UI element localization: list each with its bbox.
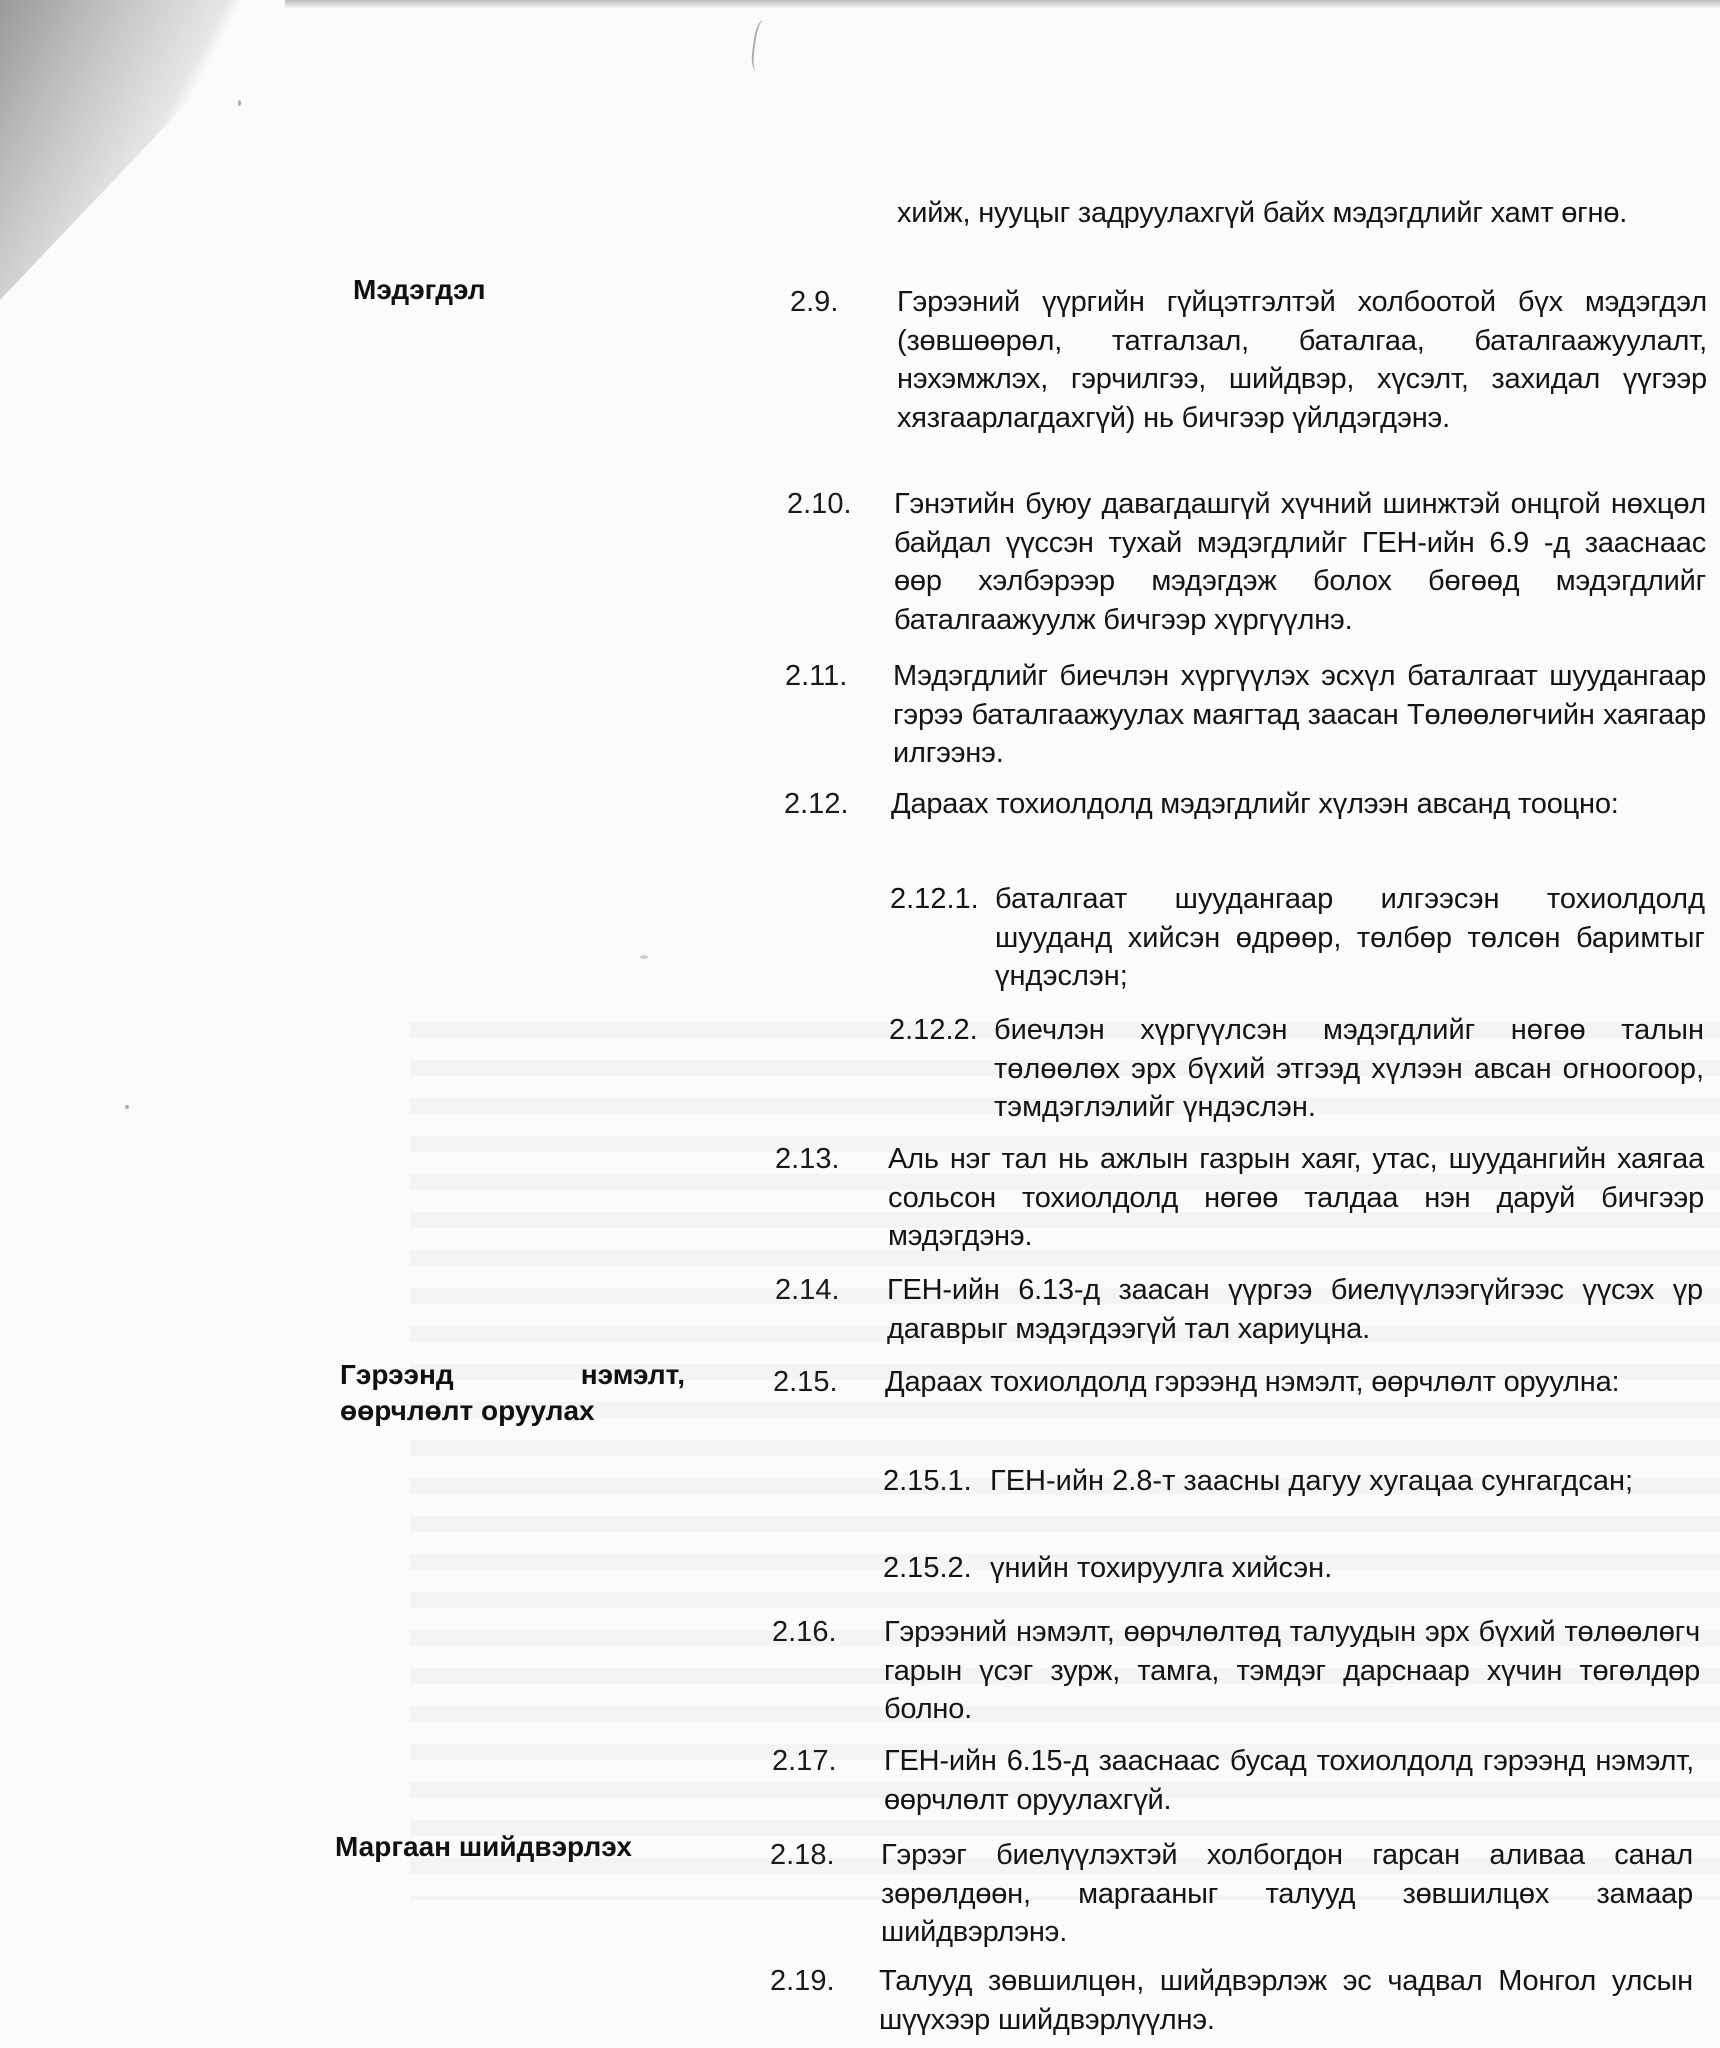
clause-text: Аль нэг тал нь ажлын газрын хаяг, утас, … [888, 1140, 1704, 1256]
subclause-text: үнийн тохируулга хийсэн. [990, 1549, 1701, 1588]
subclause-number: 2.12.2. [889, 1011, 978, 1050]
continuation-paragraph: хийж, нууцыг задруулахгүй байх мэдэгдлий… [897, 194, 1707, 233]
clause-number: 2.16. [772, 1613, 837, 1651]
clause-number: 2.15. [773, 1363, 838, 1401]
clause-text: Гэрээний үүргийн гүйцэтгэлтэй холбоотой … [897, 283, 1707, 437]
clause-text: Гэрээг биелүүлэхтэй холбогдон гарсан али… [881, 1836, 1693, 1952]
clause-text: Гэнэтийн буюу давагдашгүй хүчний шинжтэй… [894, 485, 1706, 639]
clause-text: Дараах тохиолдолд мэдэгдлийг хүлээн авса… [891, 785, 1705, 824]
clause-number: 2.19. [770, 1962, 835, 2000]
subclause-text: баталгаат шуудангаар илгээсэн тохиолдолд… [995, 880, 1705, 996]
subclause-number: 2.12.1. [890, 880, 979, 919]
section-heading-amendments: Гэрээнд нэмэлт, өөрчлөлт оруулах [340, 1357, 685, 1429]
clause-number: 2.17. [772, 1742, 837, 1780]
clause-text: Мэдэгдлийг биечлэн хүргүүлэх эсхүл батал… [893, 657, 1706, 773]
clause-number: 2.10. [787, 485, 852, 523]
clause-number: 2.14. [775, 1271, 840, 1309]
subclause: 2.12.2. биечлэн хүргүүлсэн мэдэгдлийг нө… [889, 1011, 1704, 1131]
clause-text: ГЕН-ийн 6.15-д зааснаас бусад тохиолдолд… [884, 1742, 1694, 1819]
clause-text: Дараах тохиолдолд гэрээнд нэмэлт, өөрчлө… [885, 1363, 1701, 1402]
clause-text: Талууд зөвшилцөн, шийдвэрлэж эс чадвал М… [879, 1962, 1693, 2039]
clause-number: 2.9. [790, 283, 838, 321]
clause-number: 2.11. [785, 657, 847, 695]
speck [238, 100, 241, 106]
subclause-text: биечлэн хүргүүлсэн мэдэгдлийг нөгөө талы… [994, 1011, 1704, 1127]
subclause-text: ГЕН-ийн 2.8-т заасны дагуу хугацаа сунга… [990, 1462, 1701, 1501]
section-heading-notice: Мэдэгдэл [353, 271, 486, 309]
subclause: 2.15.2. үнийн тохируулга хийсэн. [883, 1549, 1701, 1589]
speck [640, 955, 648, 959]
handwritten-mark [749, 19, 774, 73]
clause-number: 2.13. [775, 1140, 840, 1178]
clause-text: ГЕН-ийн 6.13-д заасан үүргээ биелүүлээгү… [887, 1271, 1703, 1348]
subclause-number: 2.15.2. [883, 1549, 972, 1588]
subclause: 2.15.1. ГЕН-ийн 2.8-т заасны дагуу хугац… [883, 1462, 1701, 1542]
clause-number: 2.12. [784, 785, 849, 823]
page-top-edge [285, 0, 1720, 8]
subclause-number: 2.15.1. [883, 1462, 972, 1501]
speck [125, 1105, 129, 1109]
section-heading-dispute-resolution: Маргаан шийдвэрлэх [335, 1828, 632, 1866]
clause-text: Гэрээний нэмэлт, өөрчлөлтөд талуудын эрх… [884, 1613, 1700, 1729]
subclause: 2.12.1. баталгаат шуудангаар илгээсэн то… [890, 880, 1705, 1000]
clause-number: 2.18. [770, 1836, 835, 1874]
